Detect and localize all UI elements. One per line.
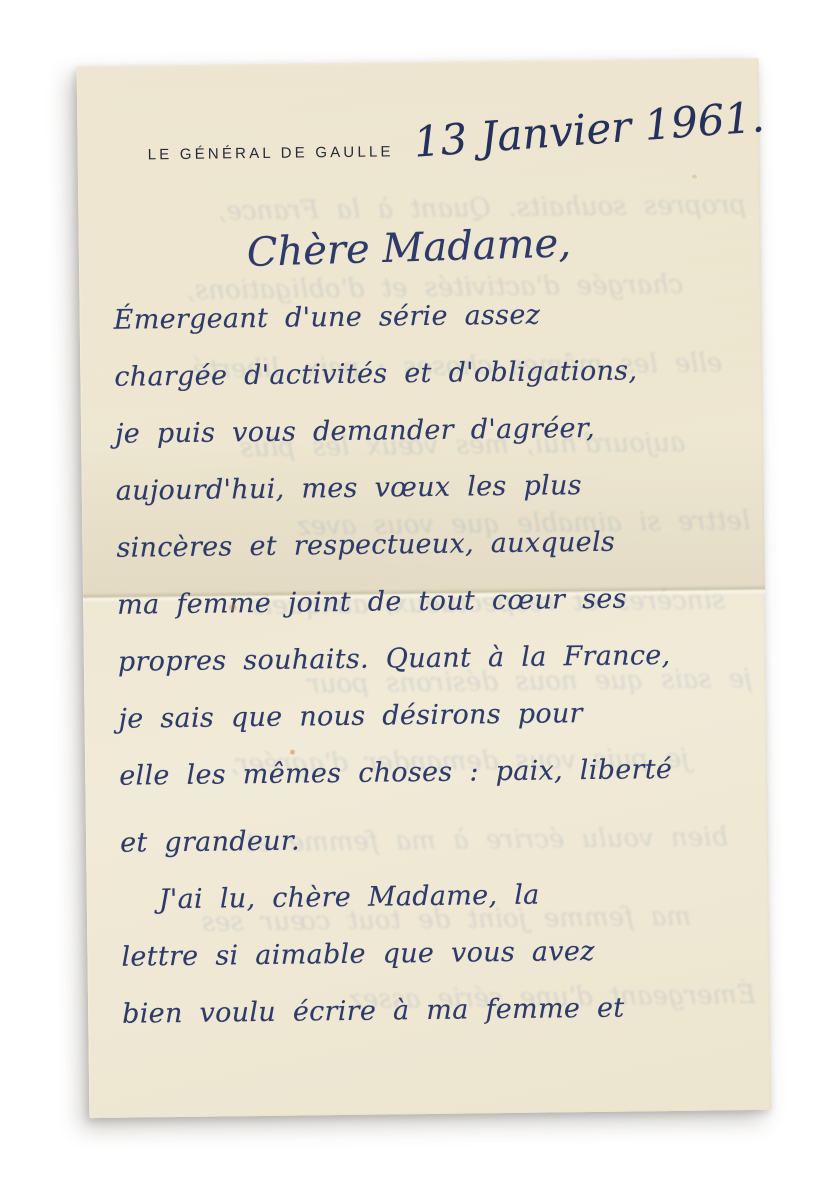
handwritten-line: aujourd'hui, mes vœux les plus	[115, 455, 746, 520]
handwritten-line: sincères et respectueux, auxquels	[116, 512, 747, 577]
handwritten-line: J'ai lu, chère Madame, la	[120, 864, 751, 929]
handwritten-line: et grandeur.	[120, 807, 751, 872]
handwritten-line: bien voulu écrire à ma femme et	[122, 978, 753, 1043]
handwritten-line: Émergeant d'une série assez	[113, 284, 744, 349]
letter-photograph: propres souhaits. Quant à la France, cha…	[0, 0, 840, 1186]
letter-page: propres souhaits. Quant à la France, cha…	[77, 58, 772, 1118]
handwritten-line: ma femme joint de tout cœur ses	[117, 569, 748, 634]
date-handwritten: 13 Janvier 1961.	[412, 93, 766, 167]
handwritten-line: elle les mêmes choses : paix, liberté	[119, 740, 750, 805]
handwritten-line: propres souhaits. Quant à la France,	[118, 626, 749, 691]
salutation: Chère Madame,	[246, 219, 571, 277]
handwritten-line: chargée d'activités et d'obligations,	[114, 341, 745, 406]
letterhead: LE GÉNÉRAL DE GAULLE	[148, 142, 394, 165]
foxing-spot	[692, 175, 697, 179]
handwritten-line: je puis vous demander d'agréer,	[115, 398, 746, 463]
handwritten-line: je sais que nous désirons pour	[118, 683, 749, 748]
handwritten-line: lettre si aimable que vous avez	[121, 921, 752, 986]
letter-body: Émergeant d'une série assez chargée d'ac…	[113, 284, 752, 1043]
